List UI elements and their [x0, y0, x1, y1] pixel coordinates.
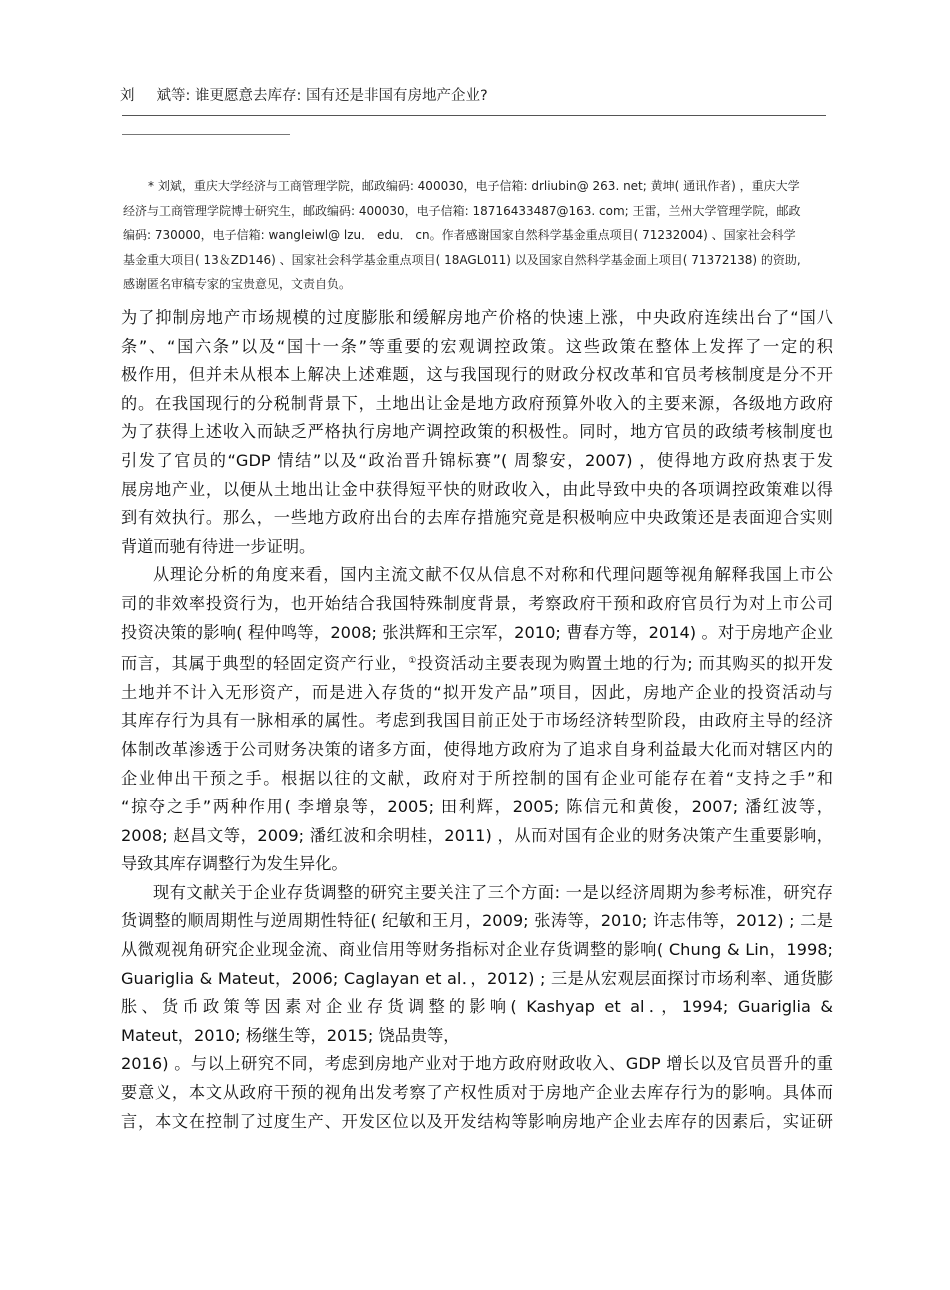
footnote-separator-rule — [122, 134, 290, 135]
body-line: 从理论分析的角度来看，国内主流文献不仅从信息不对称和代理问题等视角解释我国上市公 — [121, 561, 833, 590]
body-line: 要意义，本文从政府干预的视角出发考察了产权性质对于房地产企业去库存行为的影响。具… — [121, 1079, 833, 1108]
body-line: 从微观视角研究企业现金流、商业信用等财务指标对企业存货调整的影响( Chung … — [121, 936, 833, 965]
body-line-with-footnote: 而言，其属于典型的轻固定资产行业，①投资活动主要表现为购置土地的行为; 而其购买… — [121, 647, 833, 679]
footnote-marker[interactable]: ① — [408, 656, 417, 666]
body-line: 引发了官员的“GDP 情结”以及“政治晋升锦标赛”( 周黎安，2007) ，使得… — [121, 447, 833, 476]
body-line: 背道而驰有待进一步证明。 — [121, 533, 833, 562]
body-line: 的。在我国现行的分税制背景下，土地出让金是地方政府预算外收入的主要来源，各级地方… — [121, 390, 833, 419]
body-line: 投资决策的影响( 程仲鸣等，2008; 张洪辉和王宗军，2010; 曹春方等，2… — [121, 619, 833, 648]
header-author-surname: 刘 — [120, 88, 135, 104]
body-line: 极作用，但并未从根本上解决上述难题，这与我国现行的财政分权改革和官员考核制度是分… — [121, 361, 833, 390]
body-line: 胀、货币政策等因素对企业存货调整的影响( Kashyap et al．，1994… — [121, 993, 833, 1022]
body-line-part: 而言，其属于典型的轻固定资产行业， — [121, 654, 408, 673]
footnote-line: 感谢匿名审稿专家的宝贵意见，文责自负。 — [123, 272, 828, 297]
body-line: 言，本文在控制了过度生产、开发区位以及开发结构等影响房地产企业去库存的因素后，实… — [121, 1108, 833, 1137]
body-line: 条”、“国六条”以及“国十一条”等重要的宏观调控政策。这些政策在整体上发挥了一定… — [121, 333, 833, 362]
body-line: 司的非效率投资行为，也开始结合我国特殊制度背景，考察政府干预和政府官员行为对上市… — [121, 590, 833, 619]
running-header: 刘斌等: 谁更愿意去库存: 国有还是非国有房地产企业? — [120, 86, 488, 106]
body-line: 为了抑制房地产市场规模的过度膨胀和缓解房地产价格的快速上涨，中央政府连续出台了“… — [121, 304, 833, 333]
body-line: Guariglia & Mateut，2006; Caglayan et al．… — [121, 965, 833, 994]
footnote-line: 经济与工商管理学院博士研究生，邮政编码: 400030，电子信箱: 187164… — [123, 199, 828, 224]
body-line: 2016) 。与以上研究不同，考虑到房地产业对于地方政府财政收入、GDP 增长以… — [121, 1050, 833, 1079]
body-line: 其库存行为具有一脉相承的属性。考虑到我国目前正处于市场经济转型阶段，由政府主导的… — [121, 707, 833, 736]
body-line: 导致其库存调整行为发生异化。 — [121, 850, 833, 879]
body-line: 2008; 赵昌文等，2009; 潘红波和余明桂，2011) ，从而对国有企业的… — [121, 822, 833, 851]
body-line: 体制改革渗透于公司财务决策的诸多方面，使得地方政府为了追求自身利益最大化而对辖区… — [121, 736, 833, 765]
footnote-line: 基金重大项目( 13＆ZD146) 、国家社会科学基金重点项目( 18AGL01… — [123, 248, 828, 273]
body-line: 展房地产业，以便从土地出让金中获得短平快的财政收入，由此导致中央的各项调控政策难… — [121, 476, 833, 505]
footnote-line: * 刘斌，重庆大学经济与工商管理学院，邮政编码: 400030，电子信箱: dr… — [123, 174, 828, 199]
author-footnote: * 刘斌，重庆大学经济与工商管理学院，邮政编码: 400030，电子信箱: dr… — [123, 174, 828, 297]
body-line: 到有效执行。那么，一些地方政府出台的去库存措施究竟是积极响应中央政策还是表面迎合… — [121, 504, 833, 533]
body-line-part: 投资活动主要表现为购置土地的行为; 而其购买的拟开发 — [417, 654, 833, 673]
body-line: 现有文献关于企业存货调整的研究主要关注了三个方面: 一是以经济周期为参考标准，研… — [121, 879, 833, 908]
footnote-line: 编码: 730000，电子信箱: wangleiwl@ lzu． edu． cn… — [123, 223, 828, 248]
body-line: 货调整的顺周期性与逆周期性特征( 纪敏和王月，2009; 张涛等，2010; 许… — [121, 907, 833, 936]
header-rule — [122, 115, 826, 116]
body-line: 土地并不计入无形资产，而是进入存货的“拟开发产品”项目，因此，房地产企业的投资活… — [121, 679, 833, 708]
body-line: 为了获得上述收入而缺乏严格执行房地产调控政策的积极性。同时，地方官员的政绩考核制… — [121, 418, 833, 447]
header-title: 斌等: 谁更愿意去库存: 国有还是非国有房地产企业? — [157, 88, 488, 104]
body-line: “掠夺之手”两种作用( 李增泉等，2005; 田利辉，2005; 陈信元和黄俊，… — [121, 793, 833, 822]
body-line: 企业伸出干预之手。根据以往的文献，政府对于所控制的国有企业可能存在着“支持之手”… — [121, 765, 833, 794]
body-text: 为了抑制房地产市场规模的过度膨胀和缓解房地产价格的快速上涨，中央政府连续出台了“… — [121, 304, 833, 1136]
body-line: Mateut，2010; 杨继生等，2015; 饶品贵等， — [121, 1022, 833, 1051]
